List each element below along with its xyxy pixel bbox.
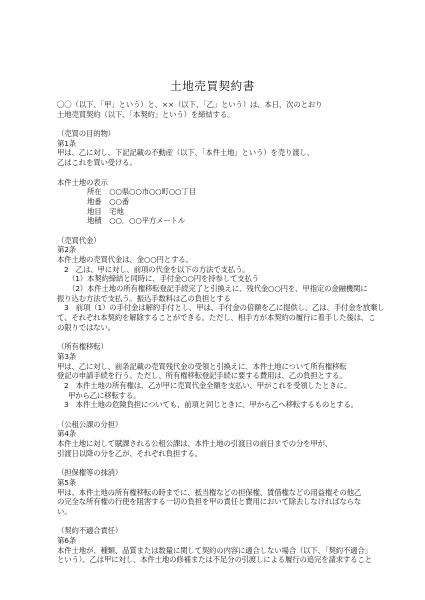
spacer <box>57 119 377 129</box>
article-heading: （担保権等の抹消） <box>57 468 377 478</box>
article-text: 乙はこれを買い受ける。 <box>57 158 377 168</box>
article-text: 2 乙は、甲に対し、前項の代金を以下の方法で支払う。 <box>57 265 377 275</box>
spacer <box>57 333 377 343</box>
article-number: 第6条 <box>57 536 377 546</box>
article-text: い。 <box>57 507 377 517</box>
article-text: 振り込む方法で支払う。振込手数料は乙の負担とする <box>57 294 377 304</box>
article-heading: （所有権移転） <box>57 342 377 352</box>
article-text: 甲は、乙に対し、前条記載の売買残代金の受領と引換えに、本件土地について所有権移転 <box>57 362 377 372</box>
property-item: 地目 宅地 <box>57 207 377 217</box>
article-number: 第4条 <box>57 429 377 439</box>
article-text: （2）本件土地の所有権移転登記手続完了と引換えに、残代金○○円を、甲指定の金融機… <box>57 284 377 294</box>
article-text: （1）本契約締結と同時に、手付金○○円を持参して支払う <box>57 274 377 284</box>
spacer <box>57 517 377 527</box>
property-label: 所在 <box>87 187 107 197</box>
property-value: ○○県○○市○○町○○丁目 <box>109 187 196 196</box>
article-heading: （公租公課の分担） <box>57 420 377 430</box>
spacer <box>57 410 377 420</box>
preamble-line: 土地売買契約（以下、「本契約」という）を締結する。 <box>57 110 377 120</box>
article-number: 第5条 <box>57 478 377 488</box>
article-heading: （売買代金） <box>57 236 377 246</box>
property-item: 所在 ○○県○○市○○町○○丁目 <box>57 187 377 197</box>
article-text: 甲は、本件土地の所有権移転の時までに、抵当権などの担保権、賃借権などの用益権その… <box>57 488 377 498</box>
article-text: 甲から乙に移転する。 <box>57 391 377 401</box>
spacer <box>57 458 377 468</box>
article-text: 登記の申請手続を行う。ただし、所有権移転登記手続に要する費用は、乙の負担とする。 <box>57 371 377 381</box>
article-text: 引渡日以降の分を乙が、それぞれ負担する。 <box>57 449 377 459</box>
preamble-line: 〇〇（以下、「甲」という）と、××（以下、「乙」という）は、本日、次のとおり <box>57 100 377 110</box>
article-text: て、それぞれ本契約を解除することができる。ただし、相手方が本契約の履行に着手した… <box>57 313 377 323</box>
property-label: 地積 <box>87 216 107 226</box>
article-text: 3 前項（1）の手付金は解約手付とし、甲は、手付金の倍額を乙に提供し、乙は、手付… <box>57 303 377 313</box>
property-heading: 本件土地の表示 <box>57 178 377 188</box>
property-label: 地目 <box>87 207 107 217</box>
article-text: 3 本件土地の危険負担についても、前項と同じときに、甲から乙へ移転するものとする… <box>57 400 377 410</box>
document-title: 土地売買契約書 <box>0 78 425 94</box>
article-text: 本件土地が、種類、品質または数量に関して契約の内容に適合しない場合（以下、「契約… <box>57 546 377 556</box>
article-text: の限りではない。 <box>57 323 377 333</box>
property-item: 地積 ○○．○○平方メートル <box>57 216 377 226</box>
property-value: ○○．○○平方メートル <box>109 216 185 225</box>
article-text: 甲は、乙に対し、下記記載の不動産（以下、「本件土地」という）を売り渡し、 <box>57 148 377 158</box>
property-value: ○○番 <box>109 197 129 206</box>
article-text: という）、乙は甲に対し、本件土地の修補または不足分の引渡しによる履行の追完を請求… <box>57 555 377 565</box>
document-page: 土地売買契約書 〇〇（以下、「甲」という）と、××（以下、「乙」という）は、本日… <box>0 0 425 600</box>
property-value: 宅地 <box>109 207 123 216</box>
property-item: 地番 ○○番 <box>57 197 377 207</box>
article-text: 本件土地に対して賦課される公租公課は、本件土地の引渡日の前日までの分を甲が、 <box>57 439 377 449</box>
spacer <box>57 168 377 178</box>
property-label: 地番 <box>87 197 107 207</box>
article-heading: （契約不適合責任） <box>57 526 377 536</box>
article-number: 第1条 <box>57 139 377 149</box>
document-body: 〇〇（以下、「甲」という）と、××（以下、「乙」という）は、本日、次のとおり 土… <box>57 100 377 565</box>
article-heading: （売買の目的物） <box>57 129 377 139</box>
article-text: の完全な所有権の行使を阻害する一切の負担を甲の責任と費用において除去しなければな… <box>57 497 377 507</box>
spacer <box>57 226 377 236</box>
article-number: 第3条 <box>57 352 377 362</box>
article-number: 第2条 <box>57 245 377 255</box>
article-text: 2 本件土地の所有権は、乙が甲に売買代金全額を支払い、甲がこれを受領したときに、 <box>57 381 377 391</box>
article-text: 本件土地の売買代金は、金○○円とする。 <box>57 255 377 265</box>
